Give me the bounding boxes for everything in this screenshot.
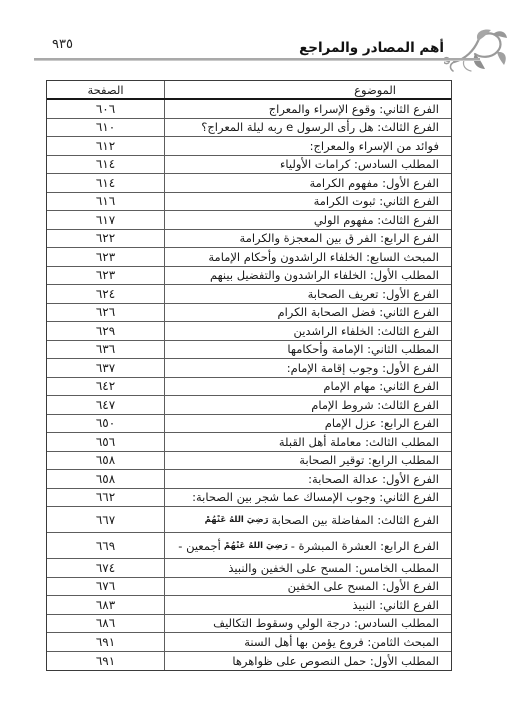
page-number-cell: ٦١٠ [47, 119, 165, 137]
page-number-cell: ٦٥٨ [47, 470, 165, 488]
page-number-cell: ٦٢٩ [47, 322, 165, 340]
topic-text: المبحث الثامن: فروع يؤمن بها أهل السنة [244, 635, 439, 649]
page-number-cell: ٦٦٧ [47, 507, 165, 532]
page-number-cell: ٦٢٣ [47, 248, 165, 266]
topic-cell: الفرع الثاني: فضل الصحابة الكرام [165, 304, 451, 322]
table-row: ٦١٢فوائد من الإسراء والمعراج: [47, 137, 451, 156]
topic-cell: الفرع الأول: مفهوم الكرامة [165, 174, 451, 192]
book-page: { "page": { "number": "٩٣٥", "header_tit… [0, 0, 510, 720]
table-row: ٦٧٦الفرع الأول: المسح على الخفين [47, 578, 451, 597]
toc-table: الصفحة الموضوع ٦٠٦الفرع الثاني: وقوع الإ… [46, 80, 452, 671]
table-row: ٦٣٦المطلب الثاني: الإمامة وأحكامها [47, 341, 451, 360]
topic-cell: المطلب الثالث: معاملة أهل القبلة [165, 433, 451, 451]
topic-text: الفرع الثالث: شروط الإمام [311, 398, 439, 412]
topic-text: المطلب السادس: كرامات الأولياء [280, 157, 439, 171]
topic-text: المطلب الأول: الخلفاء الراشدون والتفضيل … [210, 268, 439, 282]
topic-text: الفرع الثالث: هل رأى الرسول e ربه ليلة ا… [201, 120, 439, 134]
topic-cell: المطلب الأول: الخلفاء الراشدون والتفضيل … [165, 267, 451, 285]
topic-text: الفرع الأول: تعريف الصحابة [308, 287, 439, 301]
table-row: ٦٤٢الفرع الثاني: مهام الإمام [47, 378, 451, 397]
table-row: ٦٨٣الفرع الثاني: النبيذ [47, 596, 451, 615]
table-row: ٦٩١المبحث الثامن: فروع يؤمن بها أهل السن… [47, 633, 451, 652]
page-number-cell: ٦٨٣ [47, 596, 165, 614]
topic-cell: المطلب الأول: حمل النصوص على ظواهرها [165, 652, 451, 671]
page-number-cell: ٦٧٤ [47, 559, 165, 577]
table-row: ٦٢٣المبحث السابع: الخلفاء الراشدون وأحكا… [47, 248, 451, 267]
topic-text: الفرع الأول: مفهوم الكرامة [310, 176, 439, 190]
table-row: ٦١٧الفرع الثالث: مفهوم الولي [47, 211, 451, 230]
topic-cell: الفرع الرابع: عزل الإمام [165, 415, 451, 433]
page-number-cell: ٦٤٧ [47, 396, 165, 414]
topic-cell: المطلب الخامس: المسح على الخفين والنبيذ [165, 559, 451, 577]
page-number-cell: ٦٨٦ [47, 615, 165, 633]
table-row: ٦١٤المطلب السادس: كرامات الأولياء [47, 156, 451, 175]
page-number-cell: ٦٦٢ [47, 489, 165, 507]
topic-text: الفرع الرابع: عزل الإمام [325, 416, 439, 430]
page-number-cell: ٦٩١ [47, 633, 165, 651]
table-row: ٦٣٧الفرع الأول: وجوب إقامة الإمام: [47, 359, 451, 378]
table-row: ٦٠٦الفرع الثاني: وقوع الإسراء والمعراج [47, 100, 451, 119]
table-row: ٦٦٢الفرع الثاني: وجوب الإمساك عما شجر بي… [47, 489, 451, 508]
page-number-cell: ٦١٢ [47, 137, 165, 155]
topic-cell: المطلب الرابع: توقير الصحابة [165, 452, 451, 470]
topic-cell: المطلب السادس: كرامات الأولياء [165, 156, 451, 174]
topic-cell: الفرع الثاني: وجوب الإمساك عما شجر بين ا… [165, 489, 451, 507]
page-number-cell: ٦٢٤ [47, 285, 165, 303]
page-number-cell: ٦٧٦ [47, 578, 165, 596]
table-row: ٦١٦الفرع الثاني: ثبوت الكرامة [47, 193, 451, 212]
page-number-cell: ٦٣٦ [47, 341, 165, 359]
topic-cell: الفرع الأول: وجوب إقامة الإمام: [165, 359, 451, 377]
topic-cell: الفرع الثالث: مفهوم الولي [165, 211, 451, 229]
topic-text: الفرع الثالث: المفاضلة بين الصحابة [272, 513, 440, 527]
radiallahu-anhum-honorific: رَضِيَ اللهُ عَنْهُمْ [205, 515, 269, 525]
table-row: ٦٥٠الفرع الرابع: عزل الإمام [47, 415, 451, 434]
page-number-cell: ٦١٧ [47, 211, 165, 229]
page-number-cell: ٦٢٢ [47, 230, 165, 248]
table-body: ٦٠٦الفرع الثاني: وقوع الإسراء والمعراج٦١… [47, 100, 451, 670]
table-row: ٦٥٨الفرع الأول: عدالة الصحابة: [47, 470, 451, 489]
page-number-cell: ٦٣٧ [47, 359, 165, 377]
topic-text: الفرع الرابع: الفر ق بين المعجزة والكرام… [240, 231, 439, 245]
topic-text: الفرع الثاني: ثبوت الكرامة [314, 194, 439, 208]
page-number-cell: ٦٥٦ [47, 433, 165, 451]
table-row: ٦٢٩الفرع الثالث: الخلفاء الراشدين [47, 322, 451, 341]
topic-column-header: الموضوع [165, 81, 451, 98]
topic-text: الفرع الثالث: مفهوم الولي [314, 213, 439, 227]
topic-text: الفرع الثاني: فضل الصحابة الكرام [277, 305, 439, 319]
table-row: ٦٩١المطلب الأول: حمل النصوص على ظواهرها [47, 652, 451, 671]
topic-text: الفرع الرابع: العشرة المبشرة - [291, 539, 439, 553]
running-head-title: أهم المصادر والمراجع [299, 40, 444, 56]
topic-text: المطلب الرابع: توقير الصحابة [299, 453, 439, 467]
table-row: ٦١٠الفرع الثالث: هل رأى الرسول e ربه ليل… [47, 119, 451, 138]
table-row: ٦٨٦المطلب السادس: درجة الولي وسقوط التكا… [47, 615, 451, 634]
table-row: ٦٤٧الفرع الثالث: شروط الإمام [47, 396, 451, 415]
table-row: ٦٦٩الفرع الرابع: العشرة المبشرة -رَضِيَ … [47, 533, 451, 559]
page-number-cell: ٦١٤ [47, 156, 165, 174]
topic-cell: فوائد من الإسراء والمعراج: [165, 137, 451, 155]
page-number-cell: ٦١٤ [47, 174, 165, 192]
topic-cell: الفرع الأول: المسح على الخفين [165, 578, 451, 596]
page-number-cell: ٦٥٨ [47, 452, 165, 470]
topic-cell: الفرع الثالث: المفاضلة بين الصحابةرَضِيَ… [165, 507, 451, 532]
topic-text: المطلب الأول: حمل النصوص على ظواهرها [232, 654, 439, 668]
topic-text: الفرع الثاني: وقوع الإسراء والمعراج [269, 102, 439, 116]
topic-text: فوائد من الإسراء والمعراج: [310, 139, 439, 153]
page-column-header: الصفحة [47, 81, 165, 98]
topic-text: الفرع الأول: المسح على الخفين [288, 579, 439, 593]
topic-text: الفرع الثالث: الخلفاء الراشدين [293, 324, 439, 338]
table-row: ٦٦٧الفرع الثالث: المفاضلة بين الصحابةرَض… [47, 507, 451, 533]
table-header-row: الصفحة الموضوع [47, 81, 451, 100]
page-number-cell: ٦٤٢ [47, 378, 165, 396]
topic-text: الفرع الأول: عدالة الصحابة: [308, 472, 439, 486]
table-row: ٦٥٨المطلب الرابع: توقير الصحابة [47, 452, 451, 471]
page-number-cell: ٦٥٠ [47, 415, 165, 433]
topic-cell: الفرع الثالث: الخلفاء الراشدين [165, 322, 451, 340]
topic-text: المطلب الثاني: الإمامة وأحكامها [287, 342, 439, 356]
table-row: ٦٢٦الفرع الثاني: فضل الصحابة الكرام [47, 304, 451, 323]
header-rule [34, 58, 480, 61]
page-number: ٩٣٥ [52, 37, 73, 52]
table-row: ٦٢٤الفرع الأول: تعريف الصحابة [47, 285, 451, 304]
topic-cell: المبحث الثامن: فروع يؤمن بها أهل السنة [165, 633, 451, 651]
topic-cell: الفرع الأول: تعريف الصحابة [165, 285, 451, 303]
topic-cell: الفرع الأول: عدالة الصحابة: [165, 470, 451, 488]
topic-text: الفرع الثاني: النبيذ [352, 598, 439, 612]
floral-ornament-icon [444, 28, 508, 74]
page-number-cell: ٦٠٦ [47, 100, 165, 118]
topic-text: الفرع الثاني: وجوب الإمساك عما شجر بين ا… [192, 490, 439, 504]
topic-cell: الفرع الثالث: هل رأى الرسول e ربه ليلة ا… [165, 119, 451, 137]
page-number-cell: ٦١٦ [47, 193, 165, 211]
topic-cell: الفرع الثاني: مهام الإمام [165, 378, 451, 396]
topic-cell: الفرع الثاني: وقوع الإسراء والمعراج [165, 100, 451, 118]
topic-cell: الفرع الرابع: العشرة المبشرة -رَضِيَ الل… [165, 533, 451, 558]
table-row: ٦٢٣المطلب الأول: الخلفاء الراشدون والتفض… [47, 267, 451, 286]
topic-text: المطلب الخامس: المسح على الخفين والنبيذ [228, 561, 439, 575]
table-row: ٦١٤الفرع الأول: مفهوم الكرامة [47, 174, 451, 193]
page-number-cell: ٦٢٣ [47, 267, 165, 285]
topic-cell: الفرع الثاني: النبيذ [165, 596, 451, 614]
table-row: ٦٥٦المطلب الثالث: معاملة أهل القبلة [47, 433, 451, 452]
topic-cell: الفرع الرابع: الفر ق بين المعجزة والكرام… [165, 230, 451, 248]
topic-text: الفرع الثاني: مهام الإمام [323, 379, 439, 393]
table-row: ٦٧٤المطلب الخامس: المسح على الخفين والنب… [47, 559, 451, 578]
topic-text: المطلب الثالث: معاملة أهل القبلة [279, 435, 439, 449]
topic-cell: الفرع الثاني: ثبوت الكرامة [165, 193, 451, 211]
topic-cell: المطلب السادس: درجة الولي وسقوط التكاليف [165, 615, 451, 633]
topic-cell: الفرع الثالث: شروط الإمام [165, 396, 451, 414]
radiallahu-anhum-honorific: رَضِيَ اللهُ عَنْهُمْ [224, 541, 288, 551]
topic-cell: المبحث السابع: الخلفاء الراشدون وأحكام ا… [165, 248, 451, 266]
page-number-cell: ٦٢٦ [47, 304, 165, 322]
topic-text: المطلب السادس: درجة الولي وسقوط التكاليف [213, 616, 439, 630]
topic-cell: المطلب الثاني: الإمامة وأحكامها [165, 341, 451, 359]
page-number-cell: ٦٦٩ [47, 533, 165, 558]
page-number-cell: ٦٩١ [47, 652, 165, 671]
topic-text: الفرع الأول: وجوب إقامة الإمام: [287, 361, 439, 375]
topic-text: المبحث السابع: الخلفاء الراشدون وأحكام ا… [208, 250, 439, 264]
table-row: ٦٢٢الفرع الرابع: الفر ق بين المعجزة والك… [47, 230, 451, 249]
topic-text-after: أجمعين - [178, 539, 221, 553]
